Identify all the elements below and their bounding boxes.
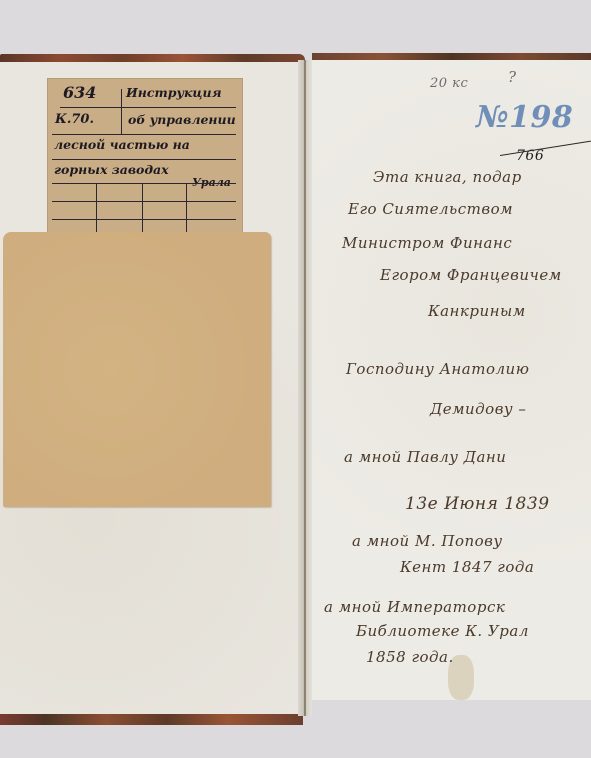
inscription-line: Его Сиятельством: [348, 200, 513, 218]
marbled-cover-edge-bottom-left: [0, 714, 303, 725]
card-rule: [52, 159, 236, 160]
inscription-line: Демидову –: [430, 400, 526, 418]
card-title-line: Инструкция: [126, 85, 222, 100]
blue-pencil-number: №198: [476, 100, 573, 135]
ink-number: 766: [516, 148, 544, 164]
card-rule: [121, 89, 122, 135]
inscription-line: Канкриным: [428, 302, 526, 320]
card-title-line: об управлении: [128, 112, 236, 127]
inscription-line: 1858 года.: [366, 648, 454, 666]
card-rule: [52, 183, 236, 184]
card-shelf-code: К.70.: [55, 112, 94, 127]
card-rule: [96, 183, 97, 239]
card-title-line: горных заводах: [54, 162, 169, 177]
inscription-line: а мной Павлу Дани: [344, 448, 506, 466]
card-rule: [52, 134, 236, 135]
inscription-line: Библиотеке К. Урал: [356, 622, 529, 640]
card-rule: [60, 107, 122, 108]
open-book: 634 К.70. Инструкция об управлении лесно…: [0, 0, 591, 758]
card-title-line: лесной частью на: [54, 137, 190, 152]
card-rule: [186, 183, 187, 239]
inscription-line: Эта книга, подар: [373, 168, 522, 186]
pasted-kraft-paper: [3, 232, 271, 507]
book-gutter: [298, 60, 312, 716]
inscription-line: 13е Июня 1839: [405, 494, 550, 514]
card-rule: [122, 107, 236, 108]
card-rule: [52, 201, 236, 202]
inscription-line: Кент 1847 года: [400, 558, 534, 576]
inscription-line: Министром Финанс: [342, 234, 512, 252]
card-rule: [52, 219, 236, 220]
inscription-line: Господину Анатолию: [346, 360, 529, 378]
library-card: 634 К.70. Инструкция об управлении лесно…: [47, 78, 243, 240]
card-rule: [142, 183, 143, 239]
pencil-note: 20 кс: [430, 76, 468, 91]
inscription-line: Егором Францевичем: [380, 266, 562, 284]
pencil-question-mark: ?: [508, 68, 517, 86]
inscription-line: а мной М. Попову: [352, 532, 503, 550]
card-number: 634: [63, 83, 96, 102]
inscription-line: а мной Императорск: [324, 598, 505, 616]
